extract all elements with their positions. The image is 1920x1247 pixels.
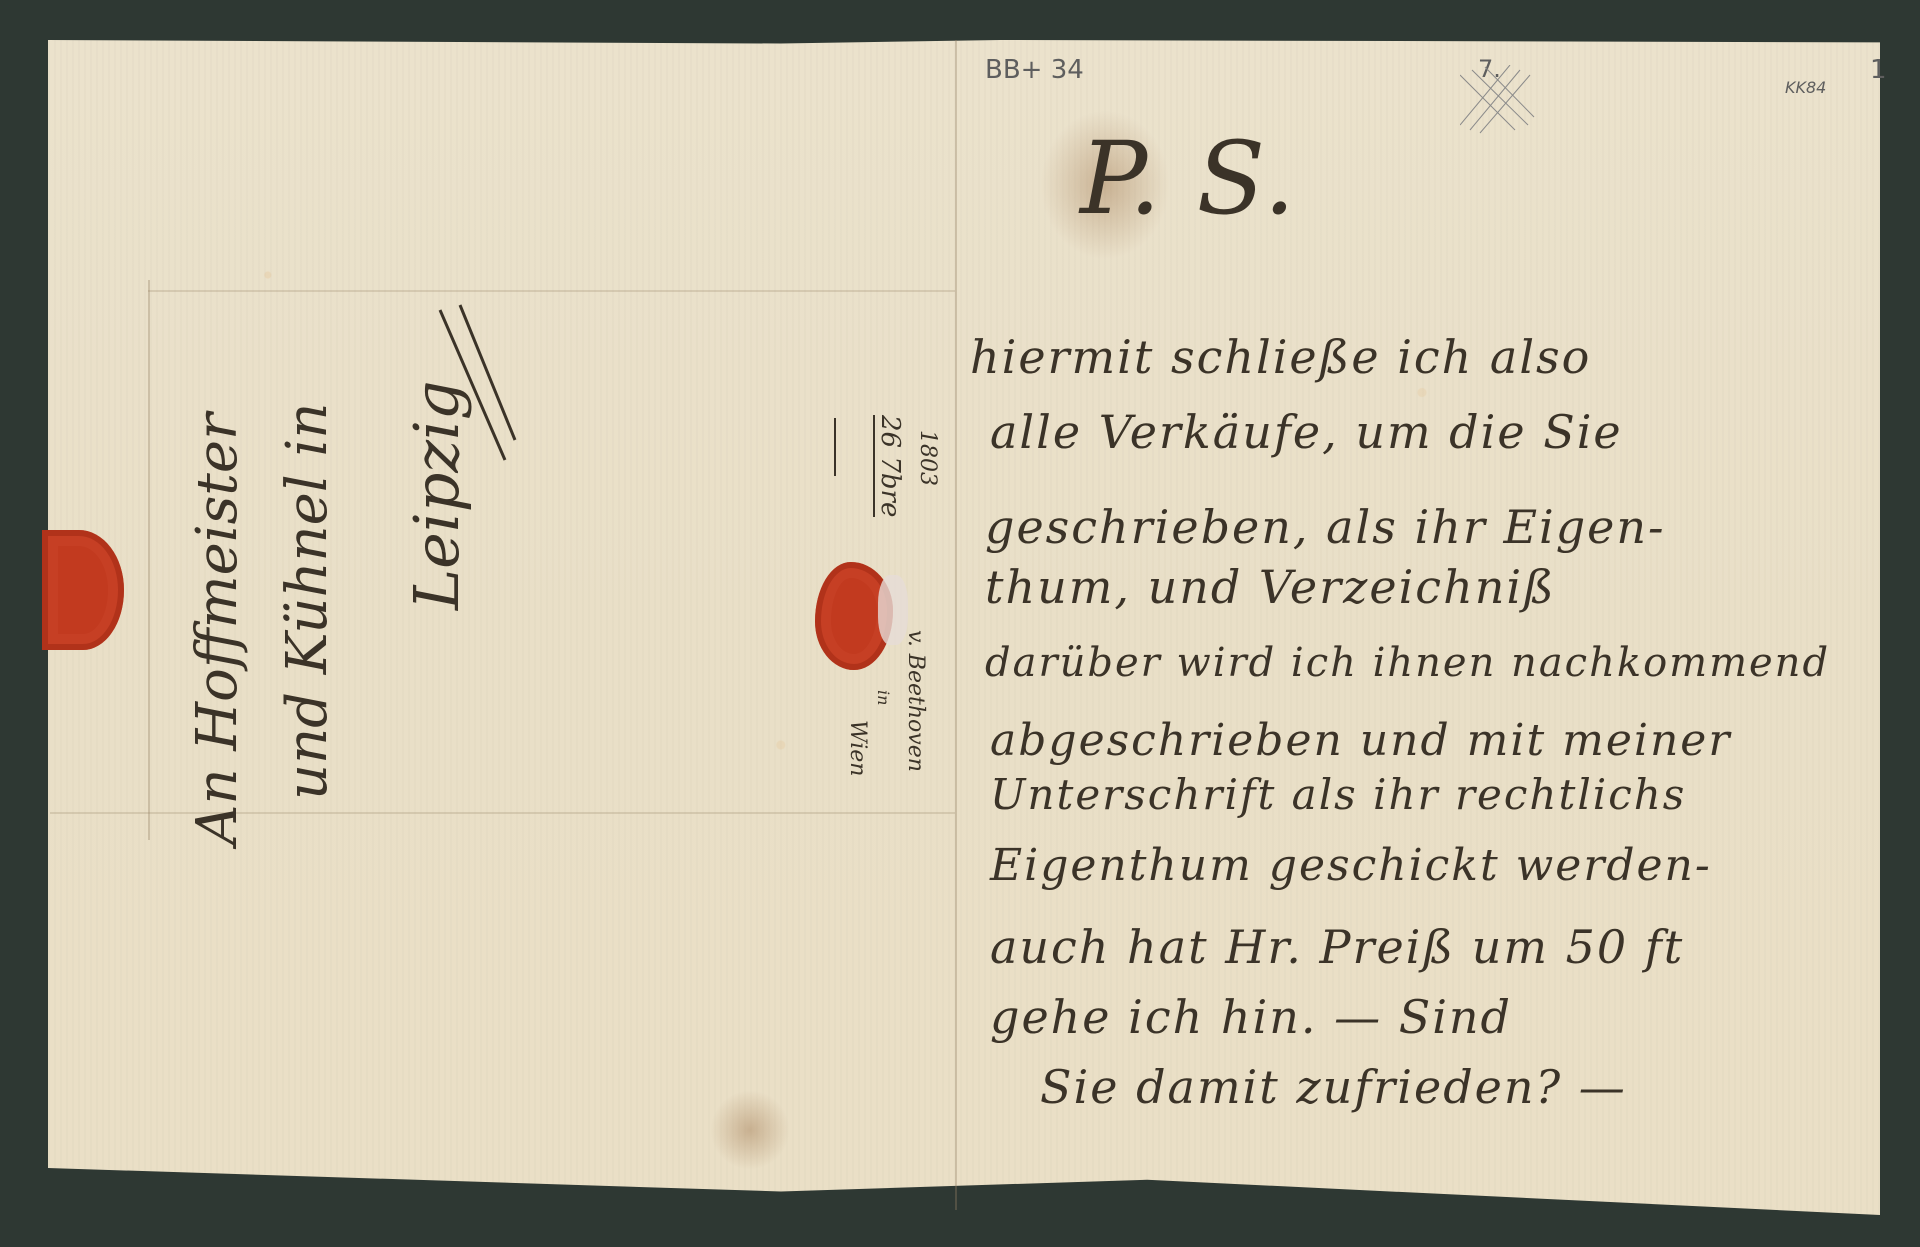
docket-rule [834, 418, 836, 476]
letter-line: darüber wird ich ihnen nachkommend [985, 640, 1830, 686]
letter-line: auch hat Hr. Preiß um 50 ft [990, 920, 1684, 974]
letter-line: geschrieben, als ihr Eigen- [985, 500, 1666, 554]
letter-line: Unterschrift als ihr rechtlichs [990, 770, 1686, 819]
docket-place-prefix: in [874, 690, 893, 705]
docket-year: 1803 [915, 430, 940, 486]
docket-date: 26 7bre [873, 415, 905, 517]
pencil-crosshatch-icon [1460, 65, 1535, 135]
address-line-2: und Kühnel in [275, 403, 340, 800]
wax-seal-left [42, 530, 124, 650]
letter-line: abgeschrieben und mit meiner [990, 715, 1731, 766]
underline-flourish-icon [430, 300, 520, 470]
ink-blot-stain [710, 1090, 790, 1170]
upper-fold [148, 290, 955, 292]
letter-line: gehe ich hin. — Sind [990, 990, 1512, 1044]
letter-line: alle Verkäufe, um die Sie [990, 405, 1623, 459]
catalog-number: KK84 [1785, 78, 1826, 97]
postscript-heading: P. S. [1080, 120, 1297, 237]
address-line-1: An Hoffmeister [185, 413, 250, 845]
page-number: 1 [1870, 55, 1887, 85]
docket-place: Wien [845, 720, 870, 776]
left-fold [148, 280, 150, 840]
letter-line: Sie damit zufrieden? — [1040, 1060, 1627, 1114]
center-fold [955, 40, 957, 1210]
letter-line: hiermit schließe ich also [970, 330, 1591, 384]
letter-line: Eigenthum geschickt werden- [990, 840, 1712, 891]
docket-sender: v. Beethoven [903, 630, 928, 772]
shelfmark-label: BB+ 34 [985, 55, 1084, 85]
letter-line: thum, und Verzeichniß [985, 560, 1556, 614]
